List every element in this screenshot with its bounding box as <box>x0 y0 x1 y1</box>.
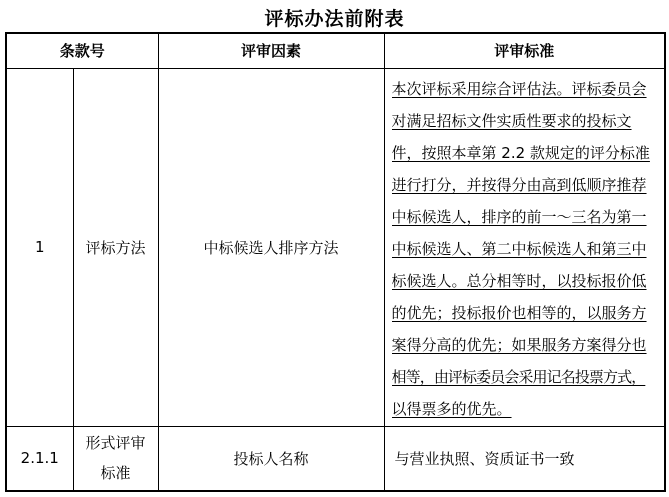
criteria-text-line: 标候选人。总分相等时，以投标报价低 <box>392 265 663 297</box>
criteria-cell: 本次评标采用综合评估法。评标委员会 对满足招标文件实质性要求的投标文 件，按照本… <box>384 68 665 426</box>
criteria-text-line: 相等，由评标委员会采用记名投票方式， <box>392 361 663 393</box>
clause-name-cell: 形式评审 标准 <box>73 426 158 491</box>
table-header-row: 条款号 评审因素 评审标准 <box>6 33 665 68</box>
header-criteria: 评审标准 <box>384 33 665 68</box>
evaluation-table: 条款号 评审因素 评审标准 1 评标方法 中标候选人排序方法 本次评标采用综合评… <box>5 32 666 492</box>
criteria-text-line: 进行打分，并按得分由高到低顺序推荐 <box>392 169 663 201</box>
criteria-text-line: 本次评标采用综合评估法。评标委员会 <box>392 73 663 105</box>
clause-no-cell: 1 <box>6 68 73 426</box>
clause-no-cell: 2.1.1 <box>6 426 73 491</box>
criteria-text-line: 中标候选人，排序的前一～三名为第一 <box>392 201 663 233</box>
header-clause-no: 条款号 <box>6 33 158 68</box>
criteria-text-line: 中标候选人、第二中标候选人和第三中 <box>392 233 663 265</box>
factor-cell: 投标人名称 <box>158 426 384 491</box>
document-page: { "page": { "title": "评标办法前附表" }, "table… <box>0 0 669 497</box>
factor-cell: 中标候选人排序方法 <box>158 68 384 426</box>
criteria-cell: 与营业执照、资质证书一致 <box>384 426 665 491</box>
clause-name-line: 形式评审 <box>74 428 158 458</box>
table-row: 1 评标方法 中标候选人排序方法 本次评标采用综合评估法。评标委员会 对满足招标… <box>6 68 665 426</box>
table-row: 2.1.1 形式评审 标准 投标人名称 与营业执照、资质证书一致 <box>6 426 665 491</box>
criteria-text-line: 案得分高的优先；如果服务方案得分也 <box>392 329 663 361</box>
clause-name-line: 标准 <box>74 458 158 488</box>
criteria-text-line: 件，按照本章第 2.2 款规定的评分标准 <box>392 137 663 169</box>
criteria-text-line: 的优先；投标报价也相等的，以服务方 <box>392 297 663 329</box>
header-factor: 评审因素 <box>158 33 384 68</box>
clause-name-cell: 评标方法 <box>73 68 158 426</box>
page-title: 评标办法前附表 <box>0 0 669 32</box>
criteria-text-line: 以得票多的优先。 <box>392 393 663 425</box>
criteria-text-line: 对满足招标文件实质性要求的投标文 <box>392 105 663 137</box>
